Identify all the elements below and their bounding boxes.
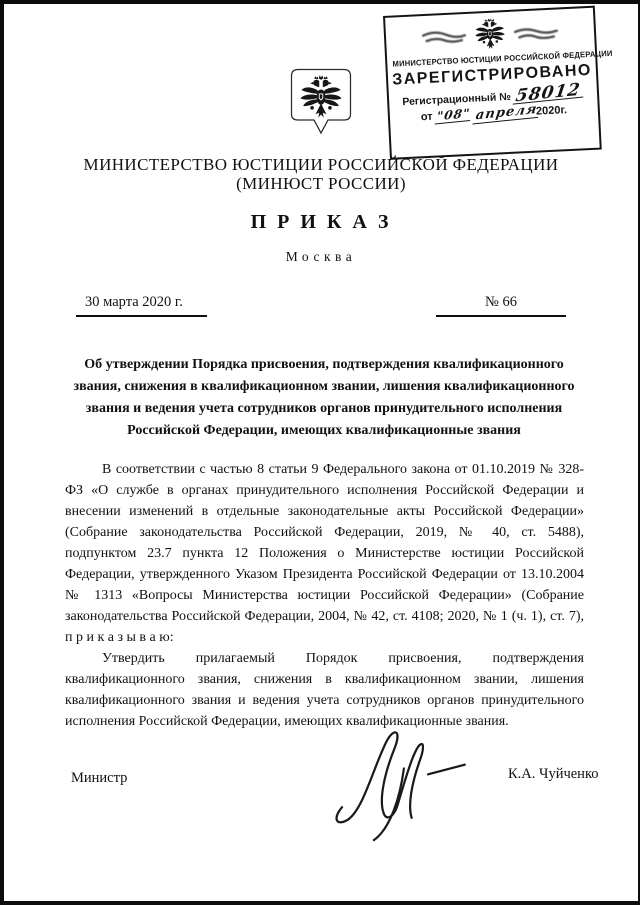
doc-type-title: П Р И К А З [4,211,638,234]
coat-of-arms-icon [290,68,352,136]
date-underline [76,315,207,317]
stamp-flourish-right-icon [512,22,561,42]
minister-label: Министр [71,770,127,787]
signature-icon [322,726,480,842]
body-paragraph-2: Утвердить прилагаемый Порядок присвоения… [65,648,584,732]
doc-number: № 66 [485,294,517,311]
order-title: Об утверждении Порядка присвоения, подтв… [64,354,584,442]
stamp-flourish-left-icon [420,27,469,47]
stamp-date-day-handwritten: "08" [434,106,472,125]
doc-date: 30 марта 2020 г. [85,294,183,311]
stamp-date-suffix: г. [560,104,567,116]
document-page: МИНИСТЕРСТВО ЮСТИЦИИ РОССИЙСКОЙ ФЕДЕРАЦИ… [0,0,640,905]
ministry-abbr: (МИНЮСТ РОССИИ) [4,175,638,194]
body-paragraph-1: В соответствии с частью 8 статьи 9 Федер… [65,459,584,648]
stamp-date-from: от [421,111,433,124]
stamp-eagle-icon [473,16,507,54]
city-label: Москва [4,249,638,265]
registration-stamp: МИНИСТЕРСТВО ЮСТИЦИИ РОССИЙСКОЙ ФЕДЕРАЦИ… [383,6,602,160]
stamp-date-month-handwritten: апреля [472,102,540,125]
order-body: В соответствии с частью 8 статьи 9 Федер… [65,459,584,732]
ministry-name: МИНИСТЕРСТВО ЮСТИЦИИ РОССИЙСКОЙ ФЕДЕРАЦИ… [4,156,638,175]
number-underline [436,315,566,317]
ministry-name-block: МИНИСТЕРСТВО ЮСТИЦИИ РОССИЙСКОЙ ФЕДЕРАЦИ… [4,156,638,193]
signer-name: К.А. Чуйченко [508,766,599,783]
